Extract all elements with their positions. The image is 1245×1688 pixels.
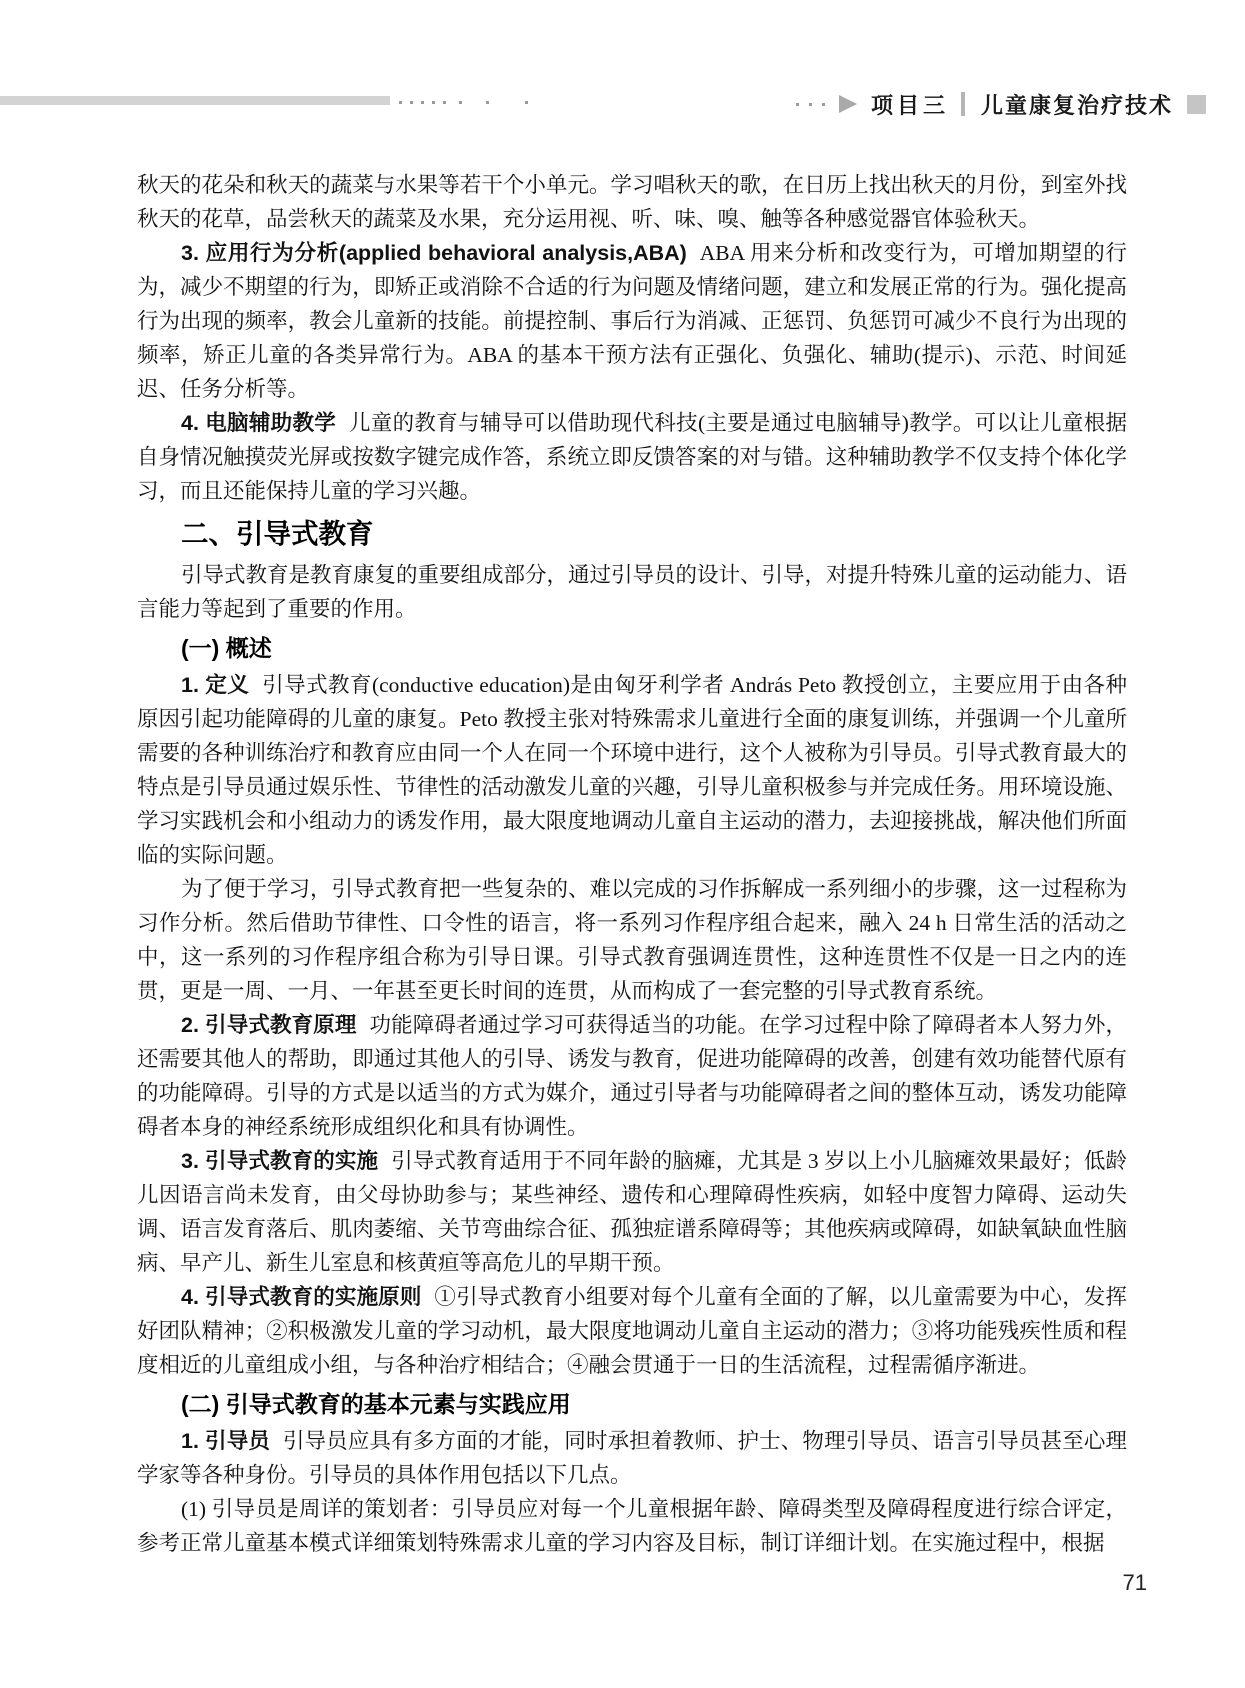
runin-heading: 2. 引导式教育原理 (181, 1013, 357, 1037)
runin-heading: 1. 定义 (181, 673, 249, 697)
section-heading-conductive-education: 二、引导式教育 (137, 514, 1127, 554)
paragraph-text: 为了便于学习，引导式教育把一些复杂的、难以完成的习作拆解成一系列细小的步骤，这一… (137, 877, 1127, 1003)
paragraph-text: 引导式教育是教育康复的重要组成部分，通过引导员的设计、引导，对提升特殊儿童的运动… (137, 563, 1127, 621)
dot-icon (525, 101, 528, 104)
paragraph-implementation-principles: 4. 引导式教育的实施原则①引导式教育小组要对每个儿童有全面的了解，以儿童需要为… (137, 1280, 1127, 1382)
dot-icon (410, 101, 413, 104)
header-chapter-title: 儿童康复治疗技术 (981, 89, 1173, 120)
runin-heading: 3. 引导式教育的实施 (181, 1149, 378, 1173)
runin-heading: 4. 电脑辅助教学 (181, 411, 336, 435)
runin-heading: 1. 引导员 (181, 1429, 270, 1453)
page-number: 71 (1123, 1570, 1147, 1596)
paragraph-task-analysis: 为了便于学习，引导式教育把一些复杂的、难以完成的习作拆解成一系列细小的步骤，这一… (137, 872, 1127, 1008)
paragraph-conductive-intro: 引导式教育是教育康复的重要组成部分，通过引导员的设计、引导，对提升特殊儿童的运动… (137, 558, 1127, 626)
dot-icon (822, 103, 825, 106)
paragraph-conductor: 1. 引导员引导员应具有多方面的才能，同时承担着教师、护士、物理引导员、语言引导… (137, 1424, 1127, 1492)
running-header: 项目三 儿童康复治疗技术 (796, 88, 1206, 120)
page-body: 秋天的花朵和秋天的蔬菜与水果等若干个小单元。学习唱秋天的歌，在日历上找出秋天的月… (137, 168, 1127, 1560)
header-project-label: 项目三 (871, 89, 949, 120)
book-page: 项目三 儿童康复治疗技术 秋天的花朵和秋天的蔬菜与水果等若干个小单元。学习唱秋天… (0, 0, 1245, 1688)
dot-icon (486, 101, 489, 104)
subsection-heading-overview: (一) 概述 (137, 631, 1127, 665)
paragraph-text: (1) 引导员是周详的策划者：引导员应对每一个儿童根据年龄、障碍类型及障碍程度进… (137, 1497, 1127, 1555)
paragraph-text: 引导式教育(conductive education)是由匈牙利学者 Andrá… (137, 673, 1127, 867)
chevron-right-icon (839, 95, 857, 113)
dot-icon (443, 101, 446, 104)
paragraph-conductor-planner: (1) 引导员是周详的策划者：引导员应对每一个儿童根据年龄、障碍类型及障碍程度进… (137, 1492, 1127, 1560)
square-icon (1187, 95, 1206, 114)
paragraph-computer-assisted-teaching: 4. 电脑辅助教学儿童的教育与辅导可以借助现代科技(主要是通过电脑辅导)教学。可… (137, 406, 1127, 508)
paragraph-applied-behavior-analysis: 3. 应用行为分析(applied behavioral analysis,AB… (137, 236, 1127, 406)
dot-icon (421, 101, 424, 104)
dot-icon (432, 101, 435, 104)
header-separator (961, 92, 965, 116)
dot-icon (459, 101, 462, 104)
dot-icon (809, 103, 812, 106)
paragraph-definition: 1. 定义引导式教育(conductive education)是由匈牙利学者 … (137, 668, 1127, 872)
dot-icon (399, 101, 402, 104)
paragraph-text: 引导员应具有多方面的才能，同时承担着教师、护士、物理引导员、语言引导员甚至心理学… (137, 1429, 1127, 1487)
header-rule-bar (0, 96, 390, 105)
paragraph-text: 秋天的花朵和秋天的蔬菜与水果等若干个小单元。学习唱秋天的歌，在日历上找出秋天的月… (137, 173, 1127, 231)
paragraph-principle: 2. 引导式教育原理功能障碍者通过学习可获得适当的功能。在学习过程中除了障碍者本… (137, 1008, 1127, 1144)
header-dot-row (399, 101, 528, 104)
paragraph-text: ABA 用来分析和改变行为，可增加期望的行为，减少不期望的行为，即矫正或消除不合… (137, 241, 1127, 401)
runin-heading: 4. 引导式教育的实施原则 (181, 1285, 422, 1309)
subsection-heading-basic-elements: (二) 引导式教育的基本元素与实践应用 (137, 1387, 1127, 1421)
paragraph-implementation: 3. 引导式教育的实施引导式教育适用于不同年龄的脑瘫，尤其是 3 岁以上小儿脑瘫… (137, 1144, 1127, 1280)
paragraph-autumn-continuation: 秋天的花朵和秋天的蔬菜与水果等若干个小单元。学习唱秋天的歌，在日历上找出秋天的月… (137, 168, 1127, 236)
dot-icon (796, 103, 799, 106)
runin-heading: 3. 应用行为分析(applied behavioral analysis,AB… (181, 241, 687, 265)
